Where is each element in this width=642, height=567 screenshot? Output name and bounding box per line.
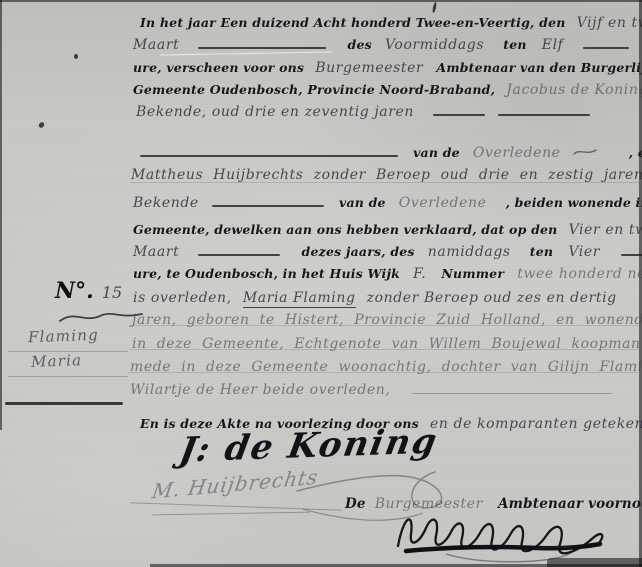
des-text: des	[348, 37, 372, 52]
scan-edge-left	[0, 0, 2, 430]
relation1-entry: Overledene	[473, 145, 561, 161]
date-month-entry: Maart	[133, 37, 179, 53]
death-day-entry: Vier en twintigsten	[569, 222, 642, 238]
act-line-5: Bekende, oud drie en zeventig jaren	[136, 101, 590, 120]
blank-rule	[433, 114, 485, 116]
verscheen-text: ure, verscheen voor ons	[133, 60, 304, 75]
huisnummer-entry: twee honderd negen en zeventig	[517, 266, 642, 282]
act-number: N°.15	[55, 278, 122, 304]
declarant2-entry: Mattheus Huijbrechts zonder Beroep oud d…	[131, 167, 642, 183]
en-text: , en	[629, 145, 642, 160]
act-line-1: In het jaar Een duizend Acht honderd Twe…	[140, 12, 642, 31]
margin-surname: Flaming	[28, 326, 99, 346]
act-line-2: Maart des Voormiddags ten Elf	[133, 34, 642, 53]
de-text: De	[345, 496, 366, 512]
declarant1-info-entry: Bekende, oud drie en zeventig jaren	[136, 104, 414, 120]
blank-rule	[212, 205, 324, 207]
act-number-label: N°.	[55, 278, 94, 304]
ten2-text: ten	[530, 244, 553, 259]
relation2-entry: Overledene	[399, 195, 487, 211]
opening-text: In het jaar Een duizend Acht honderd Twe…	[140, 15, 566, 30]
ten-text: ten	[503, 37, 526, 52]
pen-swash	[572, 147, 598, 157]
ambtenaar-text: Ambtenaar van den Burgerlijken Stand der	[436, 60, 642, 75]
ink-speck	[74, 54, 78, 59]
act-line-6: van de Overledene , en	[140, 142, 642, 161]
margin-rule	[8, 376, 128, 377]
act-line-15: mede in deze Gemeente woonachtig, dochte…	[130, 356, 642, 375]
death-certificate-scan: N°.15 Flaming Maria In het jaar Een duiz…	[0, 0, 642, 567]
act-line-10: Maart dezes jaars, des namiddags ten Vie…	[133, 241, 642, 260]
act-line-11: ure, te Oudenbosch, in het Huis Wijk F. …	[133, 263, 642, 282]
act-line-4: Gemeente Oudenbosch, Provincie Noord-Bra…	[133, 79, 642, 98]
act-line-7: Mattheus Huijbrechts zonder Beroep oud d…	[131, 164, 642, 183]
verklaard-text: Gemeente, dewelken aan ons hebben verkla…	[133, 222, 557, 237]
deceased-info4-entry: mede in deze Gemeente woonachtig, dochte…	[130, 359, 642, 375]
closing-entry: en de komparanten getekend.	[430, 416, 642, 432]
blank-rule	[498, 114, 590, 116]
death-month-entry: Maart	[133, 244, 179, 260]
death-daypart-entry: namiddags	[428, 244, 511, 260]
gemeente-text: Gemeente Oudenbosch, Provincie Noord-Bra…	[133, 82, 495, 97]
act-line-13: jaren, geboren te Histert, Provincie Zui…	[132, 309, 642, 328]
blank-rule	[621, 254, 642, 256]
act-line-3: ure, verscheen voor ons Burgemeester Amb…	[133, 57, 642, 76]
scan-edge-top	[0, 0, 642, 2]
wijk-entry: F.	[413, 266, 426, 282]
deceased-info5-entry: Wilartje de Heer beide overleden,	[130, 382, 390, 398]
deceased-name-entry: Maria Flaming	[243, 290, 356, 308]
blank-rule	[583, 47, 629, 49]
van-de-text: van de	[413, 145, 460, 160]
date-day-entry: Vijf en twintigsten	[577, 15, 642, 31]
dezes-text: dezes jaars, des	[302, 244, 415, 259]
declarant2-info-entry: Bekende	[133, 195, 199, 211]
nummer-text: Nummer	[441, 266, 504, 281]
deceased-info2-entry: jaren, geboren te Histert, Provincie Zui…	[132, 312, 642, 328]
act-line-12: is overleden, Maria Flaming zonder Beroe…	[133, 287, 617, 306]
margin-dash	[5, 402, 123, 405]
hour-entry: Elf	[542, 37, 564, 53]
beiden-text: , beiden wonende in deze	[506, 195, 642, 210]
deceased-info3-entry: in deze Gemeente, Echtgenote van Willem …	[132, 336, 641, 352]
act-line-8: Bekende van de Overledene , beiden wonen…	[133, 192, 642, 211]
official-title-entry: Burgemeester	[315, 60, 423, 76]
ink-speck	[38, 121, 46, 129]
act-line-16: Wilartje de Heer beide overleden,	[130, 379, 612, 398]
act-number-value: 15	[102, 283, 122, 302]
declarant1-entry: Jacobus de Koning veldwachter	[506, 82, 642, 98]
act-line-14: in deze Gemeente, Echtgenote van Willem …	[132, 333, 641, 352]
death-hour-entry: Vier	[568, 244, 600, 260]
official-signature	[388, 506, 613, 566]
daypart-entry: Voormiddags	[385, 37, 484, 53]
act-line-9: Gemeente, dewelken aan ons hebben verkla…	[133, 219, 642, 238]
overleden-entry: is overleden,	[133, 290, 232, 306]
margin-given-name: Maria	[31, 351, 83, 371]
blank-rule	[140, 155, 398, 157]
pen-stroke	[152, 512, 310, 516]
huis-text: ure, te Oudenbosch, in het Huis Wijk	[133, 266, 400, 281]
deceased-info1-entry: zonder Beroep oud zes en dertig	[367, 290, 617, 306]
blank-rule	[198, 47, 326, 49]
blank-rule	[412, 393, 612, 394]
blank-rule	[198, 254, 280, 256]
van-de2-text: van de	[339, 195, 386, 210]
